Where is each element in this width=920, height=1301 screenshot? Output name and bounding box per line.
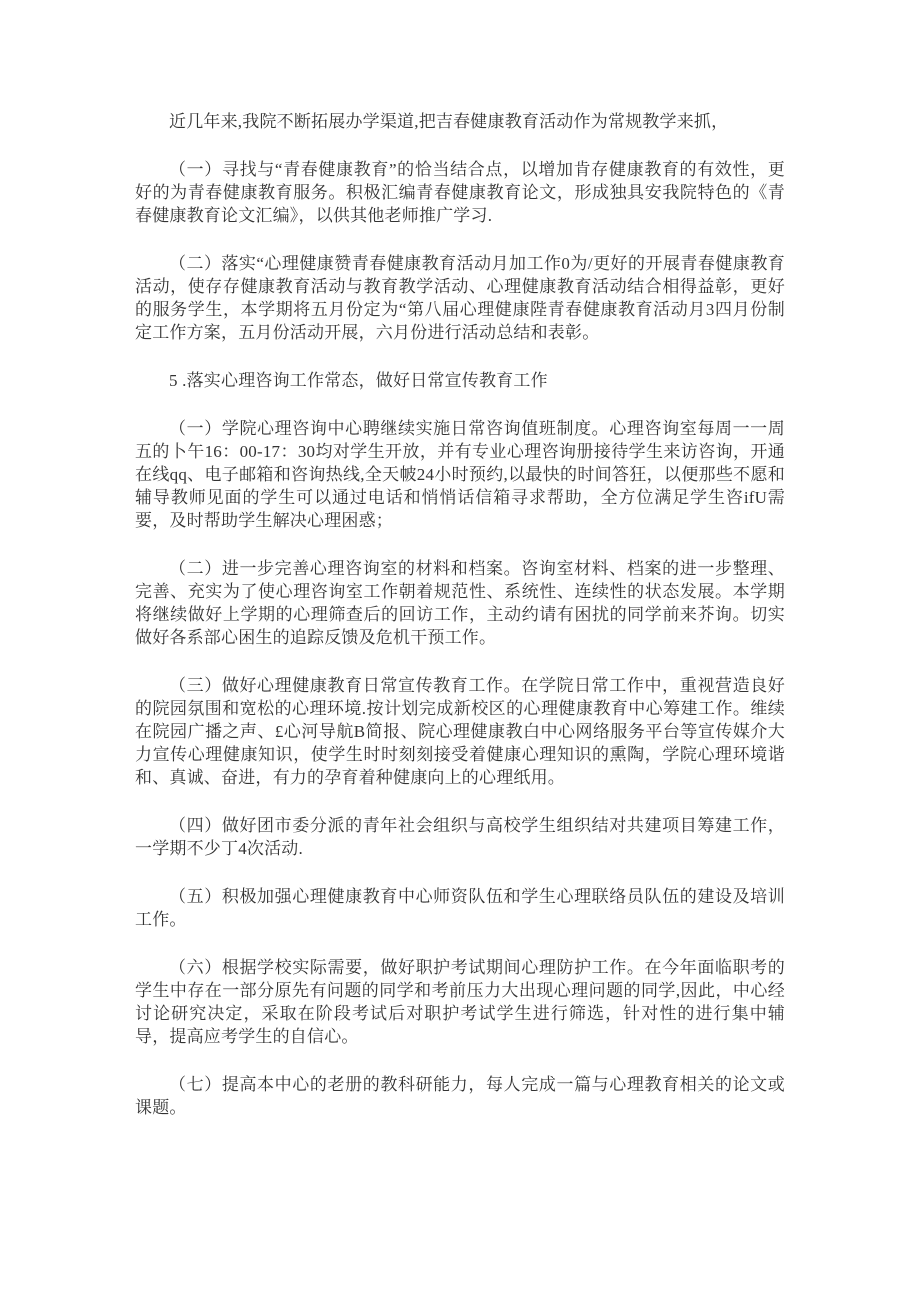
paragraph-intro: 近几年来,我院不断拓展办学渠道,把吉春健康教育活动作为常规教学来抓， bbox=[135, 110, 785, 133]
paragraph-item-2: （二）落实“心理健康赞青春健康教育活动月加工作0为/更好的开展青春健康教育活动，… bbox=[135, 252, 785, 344]
paragraph-section-5: 5 .落实心理咨询工作常态，做好日常宣传教育工作 bbox=[135, 369, 785, 392]
paragraph-sub-7: （七）提高本中心的老册的教科研能力，每人完成一篇与心理教育相关的论文或课题。 bbox=[135, 1073, 785, 1119]
paragraph-sub-4: （四）做好团市委分派的青年社会组织与高校学生组织结对共建项目筹建工作，一学期不少… bbox=[135, 814, 785, 860]
paragraph-sub-2: （二）进一步完善心理咨询室的材料和档案。咨询室材料、档案的进一步整理、完善、充实… bbox=[135, 557, 785, 649]
paragraph-item-1: （一）寻找与“青春健康教育”的恰当结合点，以增加肯存健康教育的有效性，更好的为青… bbox=[135, 158, 785, 227]
paragraph-sub-3: （三）做好心理健康教育日常宣传教育工作。在学院日常工作中，重视营造良好的院园氛围… bbox=[135, 674, 785, 789]
paragraph-sub-1: （一）学院心理咨询中心聘继续实施日常咨询值班制度。心理咨询室每周一一周五的卜午1… bbox=[135, 417, 785, 532]
paragraph-sub-6: （六）根据学校实际需要，做好职护考试期间心理防护工作。在今年面临职考的学生中存在… bbox=[135, 956, 785, 1048]
paragraph-sub-5: （五）积极加强心理健康教育中心师资队伍和学生心理联络员队伍的建设及培训工作。 bbox=[135, 885, 785, 931]
document-page: 近几年来,我院不断拓展办学渠道,把吉春健康教育活动作为常规教学来抓， （一）寻找… bbox=[135, 110, 785, 1119]
